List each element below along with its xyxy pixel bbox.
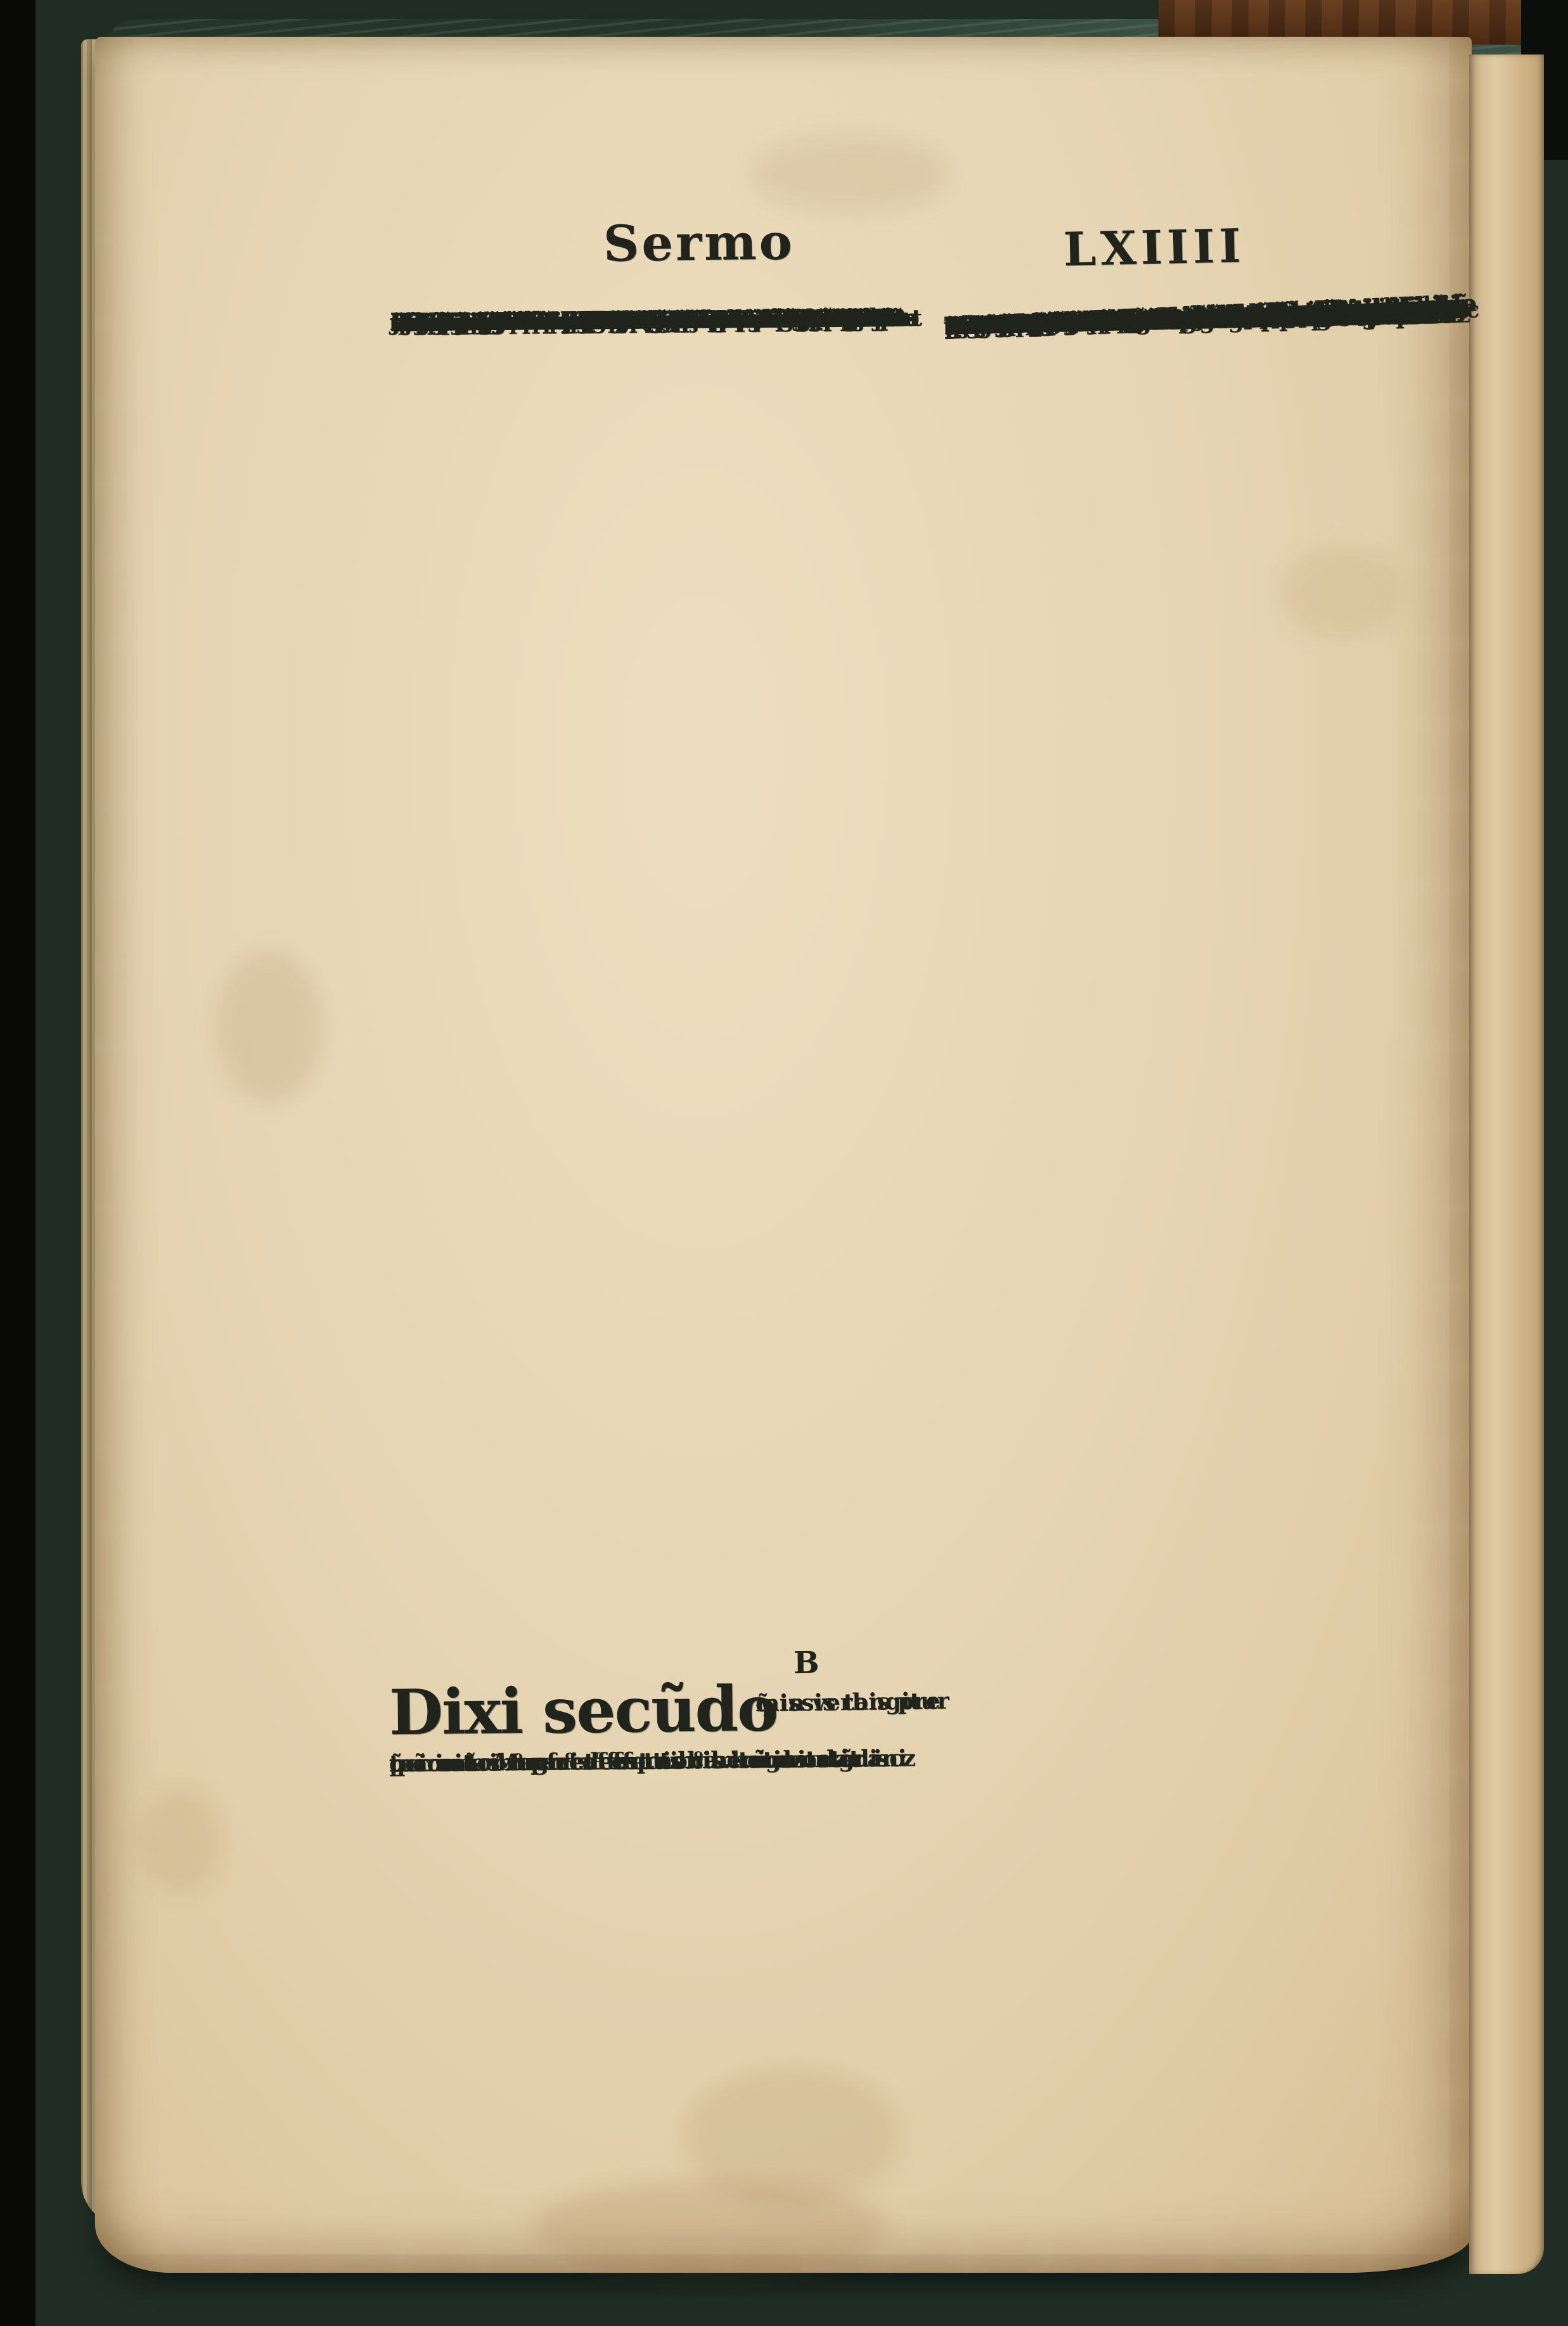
paper-stain — [139, 1787, 222, 1895]
section-initial-words: Dixi secũdo — [389, 1673, 777, 1749]
paper-stain — [748, 133, 951, 215]
scanned-book-page: Sermo LXIIII q̃ nõ audiens verbũ dei nõ … — [0, 0, 1568, 2326]
running-header-title: Sermo — [603, 213, 795, 273]
text-line: q̃ creator nr fact⁹ est nobis bonus mgr … — [389, 1743, 898, 1780]
paper-stain — [1280, 545, 1401, 640]
text-line: tm de pmo pncipali. — [390, 306, 640, 338]
folio-number: LXIIII — [1063, 219, 1245, 277]
signature-mark: B — [794, 1645, 819, 1681]
paper-stain — [532, 2180, 887, 2275]
page — [95, 37, 1472, 2273]
next-leaf-edge — [1469, 55, 1544, 2274]
text-line: missis tangitur — [755, 1686, 949, 1719]
paper-stain — [215, 951, 323, 1103]
